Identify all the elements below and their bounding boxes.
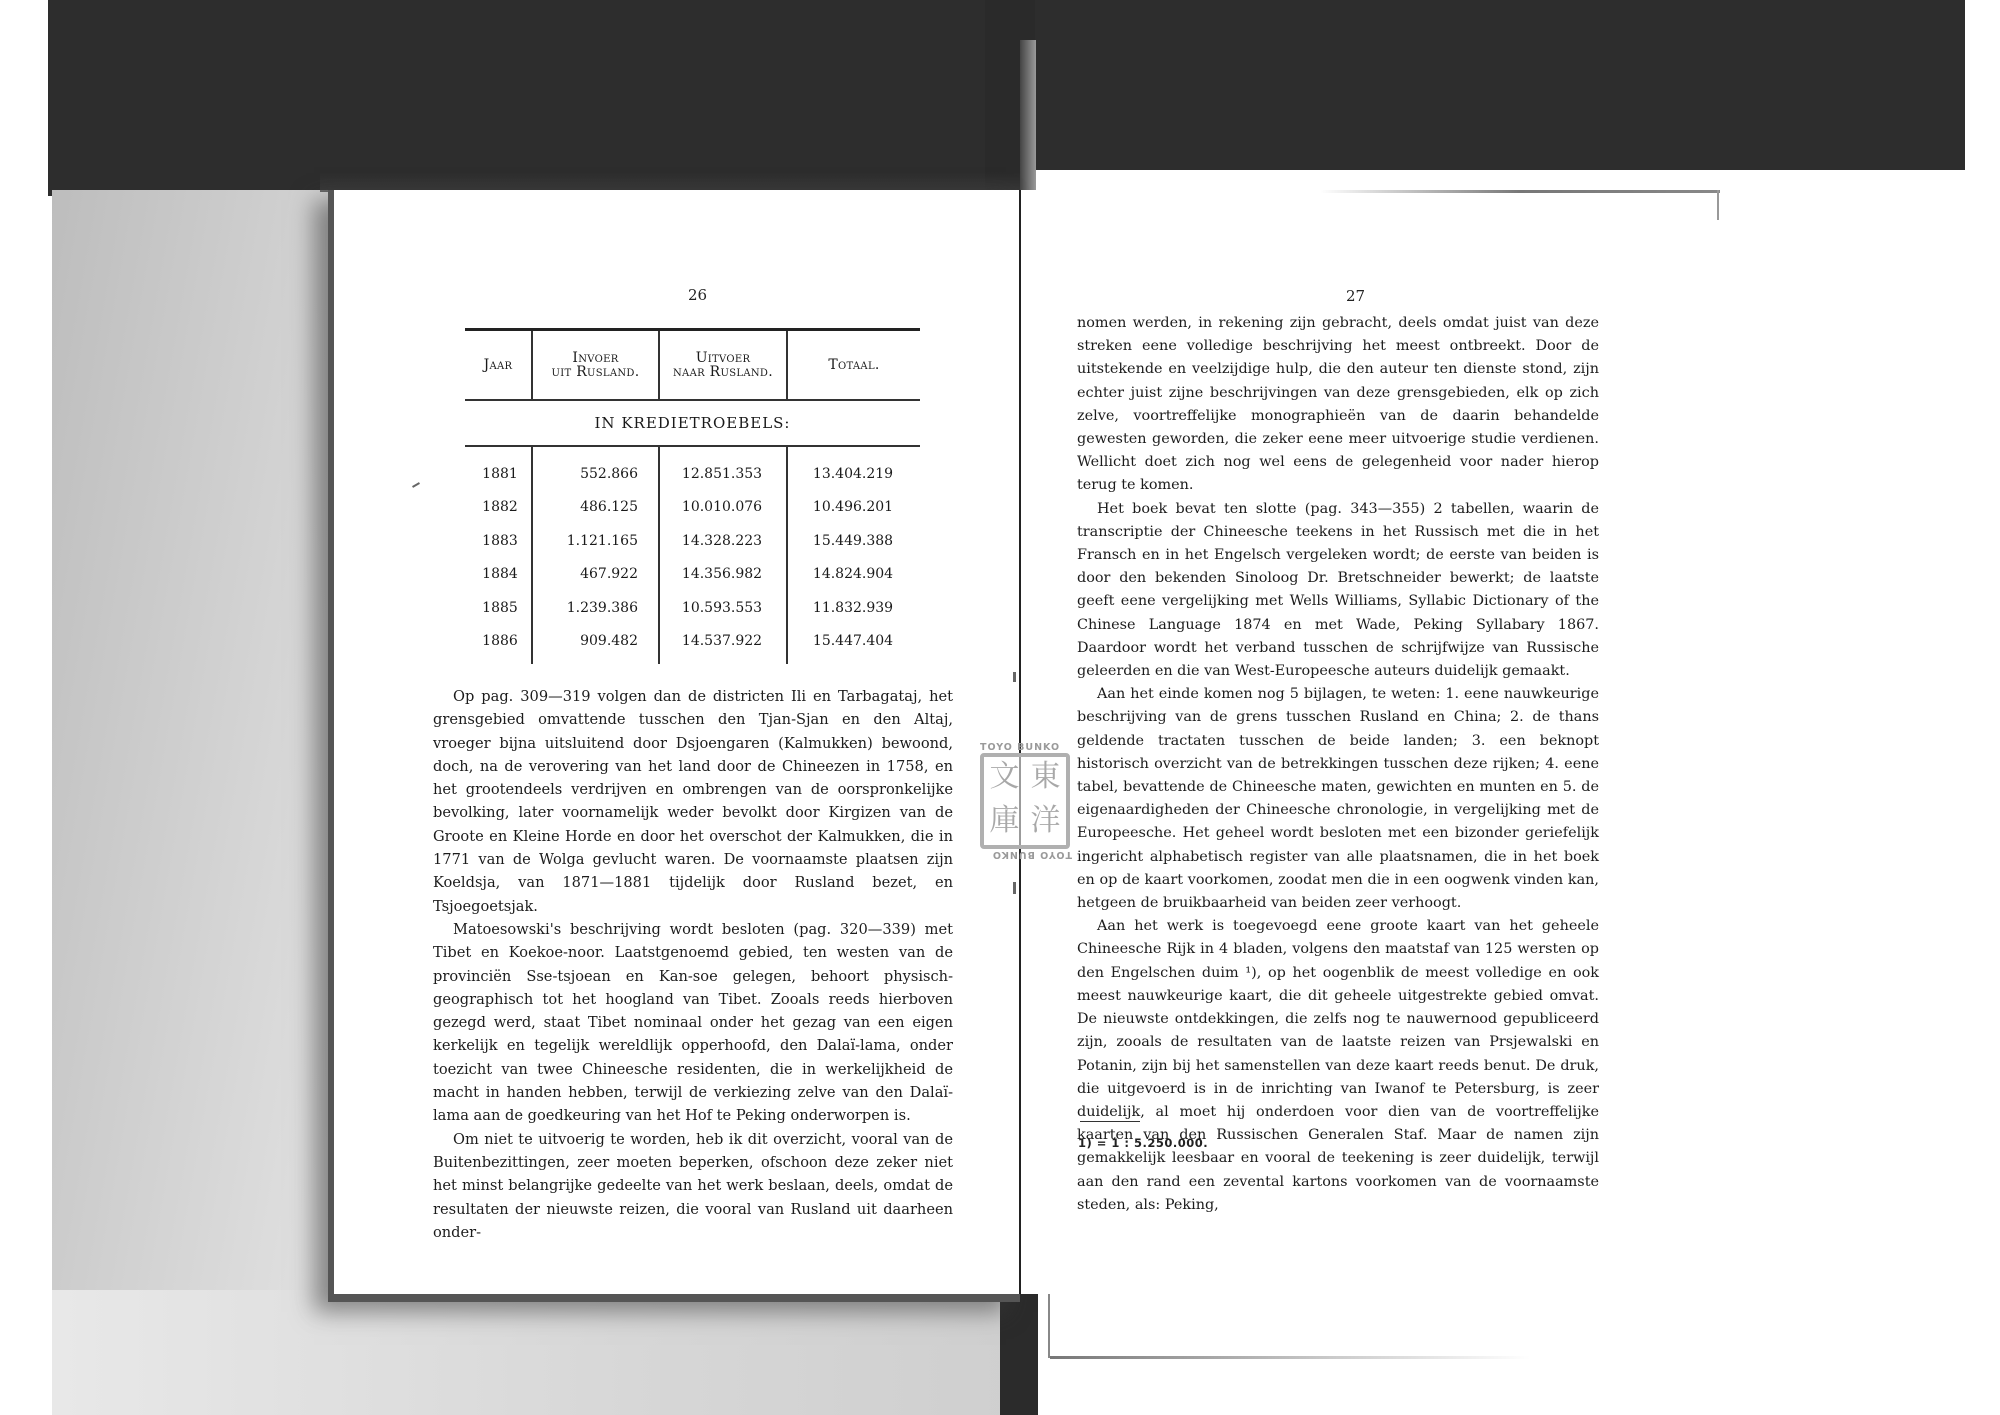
scan-top-dark-band-left [48, 0, 1028, 196]
page-shadow [320, 172, 1020, 192]
scan-top-dark-band-right [1035, 0, 1965, 170]
table-row: 1881 552.866 12.851.353 13.404.219 [465, 457, 920, 491]
paragraph: Op pag. 309—319 volgen dan de districten… [433, 685, 953, 918]
scan-edge-line [1050, 1356, 1530, 1359]
cell-invoer: 486.125 [531, 499, 658, 515]
table-row: 1885 1.239.386 10.593.553 11.832.939 [465, 591, 920, 625]
trade-table: Jaar Invoer uit Rusland. Uitvoer naar Ru… [465, 328, 920, 664]
cell-totaal: 15.449.388 [786, 533, 920, 549]
scan-edge-line [1048, 1290, 1050, 1358]
cell-uitvoer: 14.356.982 [658, 566, 786, 582]
book-spine-bottom [1000, 1290, 1038, 1415]
cell-uitvoer: 10.010.076 [658, 499, 786, 515]
header-totaal: Totaal. [786, 331, 920, 399]
paragraph: Aan het einde komen nog 5 bijlagen, te w… [1077, 683, 1599, 915]
page-number-left: 26 [688, 286, 707, 304]
cell-invoer: 1.239.386 [531, 600, 658, 616]
table-body: 1881 552.866 12.851.353 13.404.219 1882 … [465, 447, 920, 664]
footnote: 1) = 1 : 5.250.000. [1078, 1136, 1208, 1150]
cell-invoer: 909.482 [531, 633, 658, 649]
cell-uitvoer: 10.593.553 [658, 600, 786, 616]
header-uitvoer: Uitvoer naar Rusland. [658, 331, 786, 399]
header-jaar: Jaar [465, 331, 531, 399]
cell-jaar: 1885 [465, 600, 531, 616]
paragraph: Om niet te uitvoerig te worden, heb ik d… [433, 1128, 953, 1244]
cell-totaal: 14.824.904 [786, 566, 920, 582]
paragraph: nomen werden, in rekening zijn gebracht,… [1077, 312, 1599, 498]
table-row: 1886 909.482 14.537.922 15.447.404 [465, 625, 920, 659]
cell-jaar: 1883 [465, 533, 531, 549]
table-header: Jaar Invoer uit Rusland. Uitvoer naar Ru… [465, 331, 920, 399]
scan-background-left-bottom [52, 1290, 1012, 1415]
table-unit-label: IN KREDIETROEBELS: [465, 401, 920, 445]
footnote-rule [1080, 1121, 1140, 1122]
page-edge [1717, 190, 1719, 220]
left-page-text: Op pag. 309—319 volgen dan de districten… [433, 685, 953, 1244]
cell-totaal: 11.832.939 [786, 600, 920, 616]
cell-uitvoer: 12.851.353 [658, 466, 786, 482]
table-row: 1884 467.922 14.356.982 14.824.904 [465, 558, 920, 592]
paragraph: Het boek bevat ten slotte (pag. 343—355)… [1077, 498, 1599, 684]
paragraph: Aan het werk is toegevoegd eene groote k… [1077, 915, 1599, 1217]
scan-speck [1013, 882, 1016, 894]
table-row: 1883 1.121.165 14.328.223 15.449.388 [465, 524, 920, 558]
table-row: 1882 486.125 10.010.076 10.496.201 [465, 491, 920, 525]
scan-speck [1013, 672, 1016, 682]
cell-jaar: 1882 [465, 499, 531, 515]
cell-totaal: 10.496.201 [786, 499, 920, 515]
page-number-right: 27 [1346, 287, 1365, 305]
header-invoer: Invoer uit Rusland. [531, 331, 658, 399]
cell-jaar: 1881 [465, 466, 531, 482]
cell-totaal: 13.404.219 [786, 466, 920, 482]
cell-jaar: 1886 [465, 633, 531, 649]
cell-invoer: 552.866 [531, 466, 658, 482]
cell-uitvoer: 14.328.223 [658, 533, 786, 549]
page-edge [1320, 190, 1720, 193]
right-page-text: nomen werden, in rekening zijn gebracht,… [1077, 312, 1599, 1217]
paragraph: Matoesowski's beschrijving wordt beslote… [433, 918, 953, 1128]
cell-invoer: 1.121.165 [531, 533, 658, 549]
cell-invoer: 467.922 [531, 566, 658, 582]
cell-uitvoer: 14.537.922 [658, 633, 786, 649]
cell-jaar: 1884 [465, 566, 531, 582]
cell-totaal: 15.447.404 [786, 633, 920, 649]
